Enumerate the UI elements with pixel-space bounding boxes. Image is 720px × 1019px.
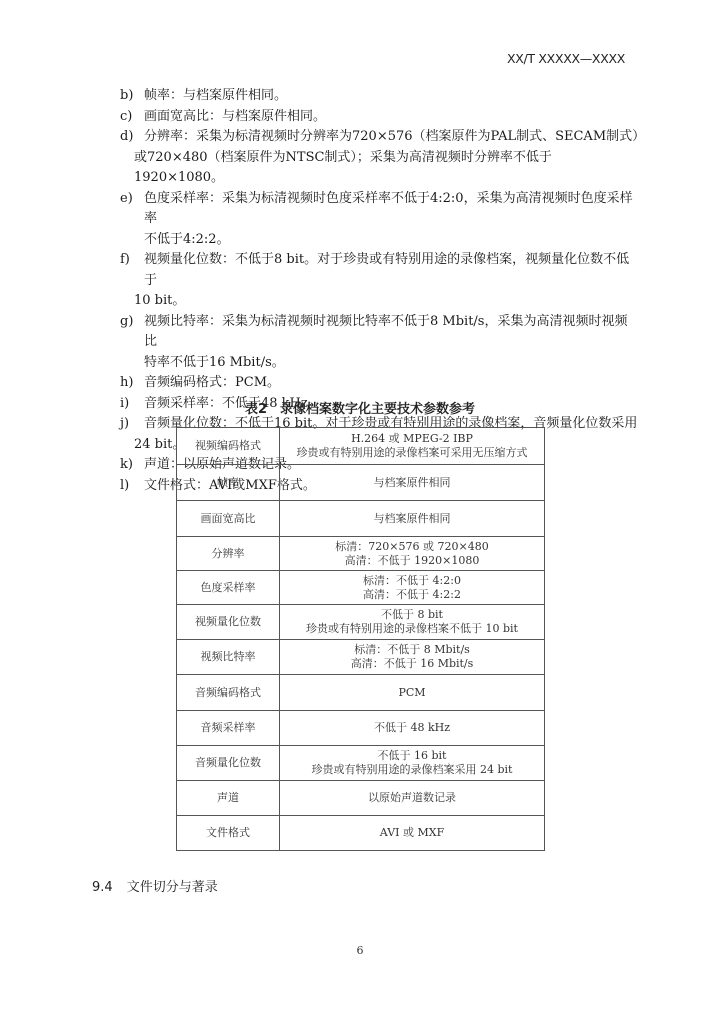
list-text: 分辨率：采集为标清视频时分辨率为720×576（档案原件为PAL制式、SECAM… [144, 129, 645, 144]
list-item: c)画面宽高比：与档案原件相同。 [120, 107, 640, 128]
list-text: 视频比特率：采集为标清视频时视频比特率不低于8 Mbit/s，采集为高清视频时视… [144, 314, 627, 350]
table-row: 音频采样率不低于 48 kHz [177, 711, 545, 746]
row-value: 标清：不低于 8 Mbit/s高清：不低于 16 Mbit/s [280, 640, 545, 675]
list-label: k) [120, 455, 144, 476]
table-row: 画面宽高比与档案原件相同 [177, 501, 545, 537]
table-caption: 表2 录像档案数字化主要技术参数参考 [0, 398, 720, 417]
row-key: 文件格式 [177, 816, 280, 851]
list-text: 色度采样率：采集为标清视频时色度采样率不低于4:2:0，采集为高清视频时色度采样… [144, 191, 633, 227]
list-label: g) [120, 312, 144, 374]
row-key: 色度采样率 [177, 571, 280, 605]
row-value: 与档案原件相同 [280, 501, 545, 537]
row-key: 视频比特率 [177, 640, 280, 675]
table-row: 帧率与档案原件相同 [177, 465, 545, 501]
list-item: d)分辨率：采集为标清视频时分辨率为720×576（档案原件为PAL制式、SEC… [120, 127, 640, 189]
parameters-table: 视频编码格式H.264 或 MPEG-2 IBP珍贵或有特别用途的录像档案可采用… [176, 427, 545, 851]
list-text: 音频编码格式：PCM。 [144, 373, 640, 394]
row-key: 画面宽高比 [177, 501, 280, 537]
row-value: 标清：720×576 或 720×480高清：不低于 1920×1080 [280, 537, 545, 571]
table-row: 视频量化位数不低于 8 bit珍贵或有特别用途的录像档案不低于 10 bit [177, 605, 545, 640]
row-key: 音频编码格式 [177, 675, 280, 711]
row-value: 标清：不低于 4:2:0高清：不低于 4:2:2 [280, 571, 545, 605]
table-row: 音频编码格式PCM [177, 675, 545, 711]
list-label: l) [120, 476, 144, 497]
row-value: 以原始声道数记录 [280, 781, 545, 816]
table-row: 分辨率标清：720×576 或 720×480高清：不低于 1920×1080 [177, 537, 545, 571]
list-item: g)视频比特率：采集为标清视频时视频比特率不低于8 Mbit/s，采集为高清视频… [120, 312, 640, 374]
list-item: e)色度采样率：采集为标清视频时色度采样率不低于4:2:0，采集为高清视频时色度… [120, 189, 640, 251]
list-text-continued: 特率不低于16 Mbit/s。 [144, 353, 640, 374]
list-item: b)帧率：与档案原件相同。 [120, 86, 640, 107]
row-value: H.264 或 MPEG-2 IBP珍贵或有特别用途的录像档案可采用无压缩方式 [280, 428, 545, 465]
row-value: AVI 或 MXF [280, 816, 545, 851]
row-value: 与档案原件相同 [280, 465, 545, 501]
row-key: 视频编码格式 [177, 428, 280, 465]
row-value: 不低于 8 bit珍贵或有特别用途的录像档案不低于 10 bit [280, 605, 545, 640]
row-key: 视频量化位数 [177, 605, 280, 640]
table-row: 文件格式AVI 或 MXF [177, 816, 545, 851]
list-item: h)音频编码格式：PCM。 [120, 373, 640, 394]
list-label: c) [120, 107, 144, 128]
list-item: f)视频量化位数：不低于8 bit。对于珍贵或有特别用途的录像档案，视频量化位数… [120, 250, 640, 312]
row-key: 帧率 [177, 465, 280, 501]
section-heading: 9.4文件切分与著录 [92, 876, 218, 895]
list-text-continued: 10 bit。 [134, 291, 640, 312]
row-key: 音频采样率 [177, 711, 280, 746]
section-title: 文件切分与著录 [127, 880, 218, 895]
page-number: 6 [0, 944, 720, 957]
table-row: 音频量化位数不低于 16 bit珍贵或有特别用途的录像档案采用 24 bit [177, 746, 545, 781]
list-text-continued: 或720×480（档案原件为NTSC制式）；采集为高清视频时分辨率不低于1920… [134, 148, 640, 189]
list-text-continued: 不低于4:2:2。 [144, 230, 640, 251]
row-value: 不低于 48 kHz [280, 711, 545, 746]
table-row: 声道以原始声道数记录 [177, 781, 545, 816]
row-key: 音频量化位数 [177, 746, 280, 781]
row-value: PCM [280, 675, 545, 711]
list-text: 视频量化位数：不低于8 bit。对于珍贵或有特别用途的录像档案，视频量化位数不低… [144, 252, 629, 288]
row-key: 声道 [177, 781, 280, 816]
list-label: e) [120, 189, 144, 251]
list-label: b) [120, 86, 144, 107]
list-label: h) [120, 373, 144, 394]
table-row: 色度采样率标清：不低于 4:2:0高清：不低于 4:2:2 [177, 571, 545, 605]
table-row: 视频编码格式H.264 或 MPEG-2 IBP珍贵或有特别用途的录像档案可采用… [177, 428, 545, 465]
row-value: 不低于 16 bit珍贵或有特别用途的录像档案采用 24 bit [280, 746, 545, 781]
list-text: 画面宽高比：与档案原件相同。 [144, 107, 640, 128]
document-code: XX/T XXXXX—XXXX [507, 51, 625, 66]
list-text: 帧率：与档案原件相同。 [144, 86, 640, 107]
row-key: 分辨率 [177, 537, 280, 571]
table-row: 视频比特率标清：不低于 8 Mbit/s高清：不低于 16 Mbit/s [177, 640, 545, 675]
section-number: 9.4 [92, 880, 113, 895]
